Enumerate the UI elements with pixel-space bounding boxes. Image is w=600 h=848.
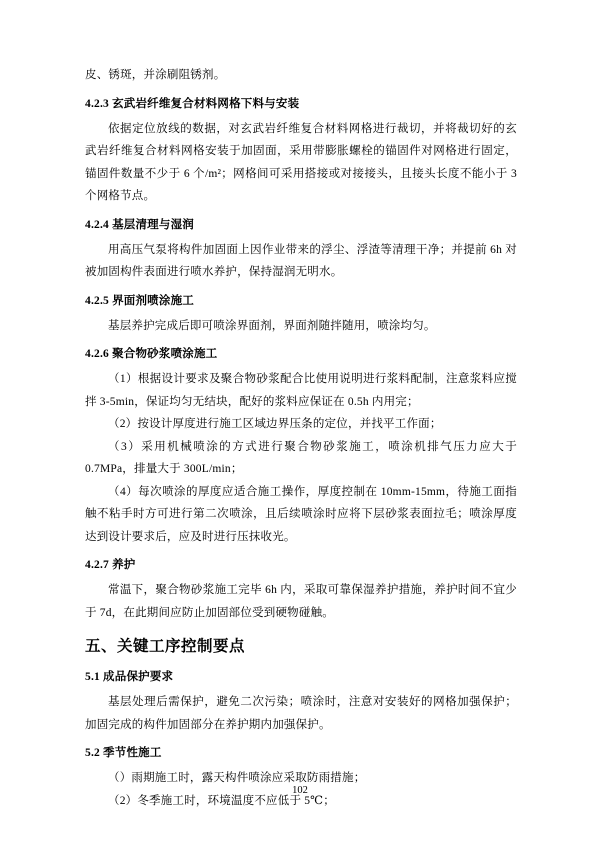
document-page: 皮、锈斑，并涂刷阻锈剂。 4.2.3 玄武岩纤维复合材料网格下料与安装 依据定位… [0, 0, 600, 848]
page-footer: 102 [0, 784, 600, 798]
chapter-heading-5: 五、关键工序控制要点 [85, 633, 517, 660]
page-number: 102 [292, 785, 308, 796]
heading-4-2-3: 4.2.3 玄武岩纤维复合材料网格下料与安装 [85, 93, 517, 115]
paragraph-base-cleaning: 用高压气泵将构件加固面上因作业带来的浮尘、浮渣等清理干净；并提前 6h 对被加固… [85, 239, 517, 284]
paragraph-mortar-item-3: （3）采用机械喷涂的方式进行聚合物砂浆施工，喷涂机排气压力应大于 0.7MPa，… [85, 436, 517, 481]
paragraph-curing: 常温下，聚合物砂浆施工完毕 6h 内，采取可靠保湿养护措施，养护时间不宜少于 7… [85, 579, 517, 624]
heading-4-2-4: 4.2.4 基层清理与湿润 [85, 214, 517, 236]
paragraph-mortar-item-4: （4）每次喷涂的厚度应适合施工操作，厚度控制在 10mm-15mm，待施工面指触… [85, 481, 517, 549]
heading-5-1: 5.1 成品保护要求 [85, 666, 517, 688]
paragraph-mortar-item-1: （1）根据设计要求及聚合物砂浆配合比使用说明进行浆料配制，注意浆料应搅拌 3-5… [85, 368, 517, 413]
paragraph-mortar-item-2: （2）按设计厚度进行施工区域边界压条的定位，并找平工作面； [85, 413, 517, 436]
paragraph-grid-cutting-install: 依据定位放线的数据，对玄武岩纤维复合材料网格进行裁切，并将裁切好的玄武岩纤维复合… [85, 118, 517, 208]
heading-5-2: 5.2 季节性施工 [85, 742, 517, 764]
heading-4-2-7: 4.2.7 养护 [85, 554, 517, 576]
paragraph-product-protection: 基层处理后需保护，避免二次污染；喷涂时，注意对安装好的网格加强保护；加固完成的构… [85, 691, 517, 736]
paragraph-interface-agent: 基层养护完成后即可喷涂界面剂，界面剂随拌随用，喷涂均匀。 [85, 315, 517, 338]
paragraph-continuation: 皮、锈斑，并涂刷阻锈剂。 [85, 64, 517, 87]
heading-4-2-6: 4.2.6 聚合物砂浆喷涂施工 [85, 343, 517, 365]
heading-4-2-5: 4.2.5 界面剂喷涂施工 [85, 290, 517, 312]
